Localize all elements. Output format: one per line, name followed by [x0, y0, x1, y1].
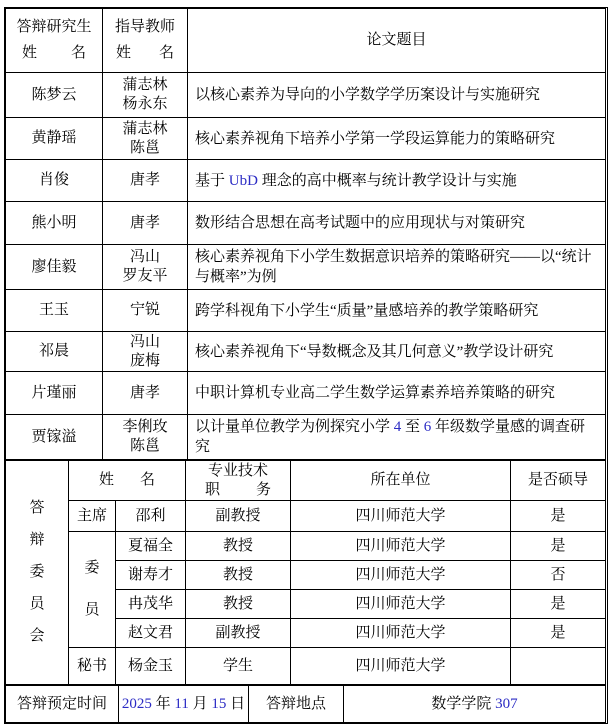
member-mentor-cell: [511, 648, 606, 685]
advisor-cell: 冯山罗友平: [103, 245, 188, 290]
text-segment: 中职计算机专业高二学生数学运算素养培养策略的研究: [195, 385, 555, 401]
advisor-name: 蒲志林: [103, 76, 187, 95]
student-name-header-line2: 姓 名: [6, 44, 102, 63]
committee-member-row: 主席邵利副教授四川师范大学是: [6, 501, 606, 532]
text-segment: 日: [226, 696, 245, 712]
thesis-title-cell: 核心素养视角下“导数概念及其几何意义”教学设计研究: [188, 332, 606, 372]
advisor-name: 冯山: [103, 248, 187, 267]
thesis-title-cell: 基于 UbD 理念的高中概率与统计教学设计与实施: [188, 160, 606, 202]
highlighted-number: 2025: [122, 696, 152, 712]
advisor-cell: 唐孝: [103, 372, 188, 415]
text-segment: 以计量单位教学为例探究小学: [195, 419, 394, 435]
student-name-cell: 廖佳毅: [6, 245, 103, 290]
side-label-char: 辩: [29, 531, 44, 550]
member-name-cell: 谢寿才: [116, 561, 186, 590]
student-name-header-line1: 答辩研究生: [6, 18, 102, 37]
text-segment: 核心素养视角下“导数概念及其几何意义”教学设计研究: [195, 344, 553, 360]
committee-mentor-header: 是否硕导: [511, 461, 606, 501]
side-label-char: 委: [29, 563, 44, 582]
advisor-name: 罗友平: [103, 267, 187, 286]
text-segment: 以核心素养为导向的小学数学学历案设计与实施研究: [195, 87, 540, 103]
member-org-cell: 四川师范大学: [291, 501, 511, 532]
student-name-cell: 片瑾丽: [6, 372, 103, 415]
thesis-title-cell: 核心素养视角下培养小学第一学段运算能力的策略研究: [188, 118, 606, 160]
role-char: 委: [69, 559, 115, 578]
advisor-cell: 唐孝: [103, 160, 188, 202]
student-name-cell: 贾镓溢: [6, 415, 103, 460]
side-label-char: 答: [29, 499, 44, 518]
committee-org-header: 所在单位: [291, 461, 511, 501]
committee-side-label: 答辩委员会: [6, 461, 69, 685]
member-mentor-cell: 否: [511, 561, 606, 590]
thesis-title-cell: 数形结合思想在高考试题中的应用现状与对策研究: [188, 202, 606, 245]
member-name-cell: 冉茂华: [116, 590, 186, 619]
role-char: 员: [69, 601, 115, 620]
advisor-header: 指导教师 姓 名: [103, 9, 188, 73]
highlighted-number: 307: [495, 696, 518, 712]
side-label-char: 员: [29, 595, 44, 614]
text-segment: 核心素养视角下培养小学第一学段运算能力的策略研究: [195, 131, 555, 147]
student-name-header: 答辩研究生 姓 名: [6, 9, 103, 73]
thesis-title-cell: 跨学科视角下小学生“质量”量感培养的教学策略研究: [188, 290, 606, 332]
advisor-name: 李俐玫: [103, 418, 187, 437]
student-name-cell: 肖俊: [6, 160, 103, 202]
defense-time-value: 2025 年 11 月 15 日: [119, 686, 249, 723]
side-label-char: 会: [29, 627, 44, 646]
committee-table: 答辩委员会 姓 名 专业技术 职 务: [5, 460, 606, 685]
text-segment: 跨学科视角下小学生“质量”量感培养的教学策略研究: [195, 303, 538, 319]
committee-member-row: 秘书杨金玉学生四川师范大学: [6, 648, 606, 685]
advisor-cell: 宁锐: [103, 290, 188, 332]
thesis-title-header: 论文题目: [188, 9, 606, 73]
member-title-cell: 副教授: [186, 501, 291, 532]
member-name-cell: 邵利: [116, 501, 186, 532]
student-row: 黄静瑶蒲志林陈邕核心素养视角下培养小学第一学段运算能力的策略研究: [6, 118, 606, 160]
member-org-cell: 四川师范大学: [291, 619, 511, 648]
text-segment: 核心素养视角下小学生数据意识培养的策略研究——以“统计与概率”为例: [195, 249, 592, 285]
student-row: 陈梦云蒲志林杨永东以核心素养为导向的小学数学学历案设计与实施研究: [6, 73, 606, 118]
advisor-name: 蒲志林: [103, 120, 187, 139]
advisor-header-line1: 指导教师: [103, 18, 187, 37]
member-org-cell: 四川师范大学: [291, 532, 511, 561]
student-name-cell: 祁晨: [6, 332, 103, 372]
advisor-cell: 李俐玫陈邕: [103, 415, 188, 460]
highlighted-number: UbD: [229, 173, 258, 189]
defense-time-label: 答辩预定时间: [6, 686, 119, 723]
student-row: 片瑾丽唐孝中职计算机专业高二学生数学运算素养培养策略的研究: [6, 372, 606, 415]
text-segment: 数学学院: [431, 696, 495, 712]
student-name-cell: 熊小明: [6, 202, 103, 245]
defense-place-label: 答辩地点: [249, 686, 344, 723]
advisor-cell: 冯山庞梅: [103, 332, 188, 372]
text-segment: 至: [401, 419, 424, 435]
advisor-name: 杨永东: [103, 95, 187, 114]
advisor-name: 唐孝: [103, 384, 187, 403]
advisor-header-line2: 姓 名: [103, 44, 187, 63]
committee-role-cell: 委员: [69, 532, 116, 648]
highlighted-number: 11: [174, 696, 188, 712]
member-org-cell: 四川师范大学: [291, 590, 511, 619]
thesis-title-cell: 以计量单位教学为例探究小学 4 至 6 年级数学量感的调查研究: [188, 415, 606, 460]
member-title-cell: 教授: [186, 590, 291, 619]
students-header-row: 答辩研究生 姓 名 指导教师 姓 名: [6, 9, 606, 73]
student-name-cell: 陈梦云: [6, 73, 103, 118]
thesis-title-cell: 以核心素养为导向的小学数学学历案设计与实施研究: [188, 73, 606, 118]
thesis-title-cell: 中职计算机专业高二学生数学运算素养培养策略的研究: [188, 372, 606, 415]
student-name-cell: 黄静瑶: [6, 118, 103, 160]
member-org-cell: 四川师范大学: [291, 561, 511, 590]
member-mentor-cell: 是: [511, 501, 606, 532]
advisor-name: 宁锐: [103, 301, 187, 320]
advisor-cell: 蒲志林陈邕: [103, 118, 188, 160]
advisor-name: 陈邕: [103, 139, 187, 158]
member-name-cell: 杨金玉: [116, 648, 186, 685]
student-row: 肖俊唐孝基于 UbD 理念的高中概率与统计教学设计与实施: [6, 160, 606, 202]
member-name-cell: 赵文君: [116, 619, 186, 648]
text-segment: 数形结合思想在高考试题中的应用现状与对策研究: [195, 215, 525, 231]
advisor-name: 唐孝: [103, 214, 187, 233]
committee-header-row: 答辩委员会 姓 名 专业技术 职 务: [6, 461, 606, 501]
committee-name-header: 姓 名: [69, 461, 186, 501]
member-mentor-cell: 是: [511, 619, 606, 648]
student-row: 贾镓溢李俐玫陈邕以计量单位教学为例探究小学 4 至 6 年级数学量感的调查研究: [6, 415, 606, 460]
advisor-cell: 唐孝: [103, 202, 188, 245]
advisor-name: 陈邕: [103, 437, 187, 456]
advisor-name: 冯山: [103, 333, 187, 352]
committee-role-cell: 主席: [69, 501, 116, 532]
committee-member-row: 委员夏福全教授四川师范大学是: [6, 532, 606, 561]
text-segment: 理念的高中概率与统计教学设计与实施: [258, 173, 517, 189]
member-mentor-cell: 是: [511, 532, 606, 561]
member-title-cell: 教授: [186, 561, 291, 590]
defense-place-value: 数学学院 307: [344, 686, 606, 723]
schedule-table: 答辩预定时间 2025 年 11 月 15 日 答辩地点 数学学院 307: [5, 685, 606, 723]
student-row: 祁晨冯山庞梅核心素养视角下“导数概念及其几何意义”教学设计研究: [6, 332, 606, 372]
students-table: 答辩研究生 姓 名 指导教师 姓 名: [5, 8, 606, 460]
text-segment: 月: [189, 696, 212, 712]
student-row: 熊小明唐孝数形结合思想在高考试题中的应用现状与对策研究: [6, 202, 606, 245]
committee-role-cell: 秘书: [69, 648, 116, 685]
committee-job-header: 专业技术 职 务: [186, 461, 291, 501]
student-row: 王玉宁锐跨学科视角下小学生“质量”量感培养的教学策略研究: [6, 290, 606, 332]
student-row: 廖佳毅冯山罗友平核心素养视角下小学生数据意识培养的策略研究——以“统计与概率”为…: [6, 245, 606, 290]
role-label: 委员: [69, 536, 115, 644]
advisor-name: 庞梅: [103, 352, 187, 371]
member-org-cell: 四川师范大学: [291, 648, 511, 685]
advisor-cell: 蒲志林杨永东: [103, 73, 188, 118]
text-segment: 年: [152, 696, 175, 712]
student-name-cell: 王玉: [6, 290, 103, 332]
advisor-name: 唐孝: [103, 171, 187, 190]
text-segment: 基于: [195, 173, 229, 189]
member-name-cell: 夏福全: [116, 532, 186, 561]
defense-arrangement-table: 答辩研究生 姓 名 指导教师 姓 名: [4, 7, 608, 724]
member-title-cell: 学生: [186, 648, 291, 685]
schedule-row: 答辩预定时间 2025 年 11 月 15 日 答辩地点 数学学院 307: [6, 686, 606, 723]
highlighted-number: 15: [211, 696, 226, 712]
member-title-cell: 教授: [186, 532, 291, 561]
member-title-cell: 副教授: [186, 619, 291, 648]
document-page: 答辩研究生 姓 名 指导教师 姓 名: [0, 0, 610, 724]
thesis-title-cell: 核心素养视角下小学生数据意识培养的策略研究——以“统计与概率”为例: [188, 245, 606, 290]
member-mentor-cell: 是: [511, 590, 606, 619]
